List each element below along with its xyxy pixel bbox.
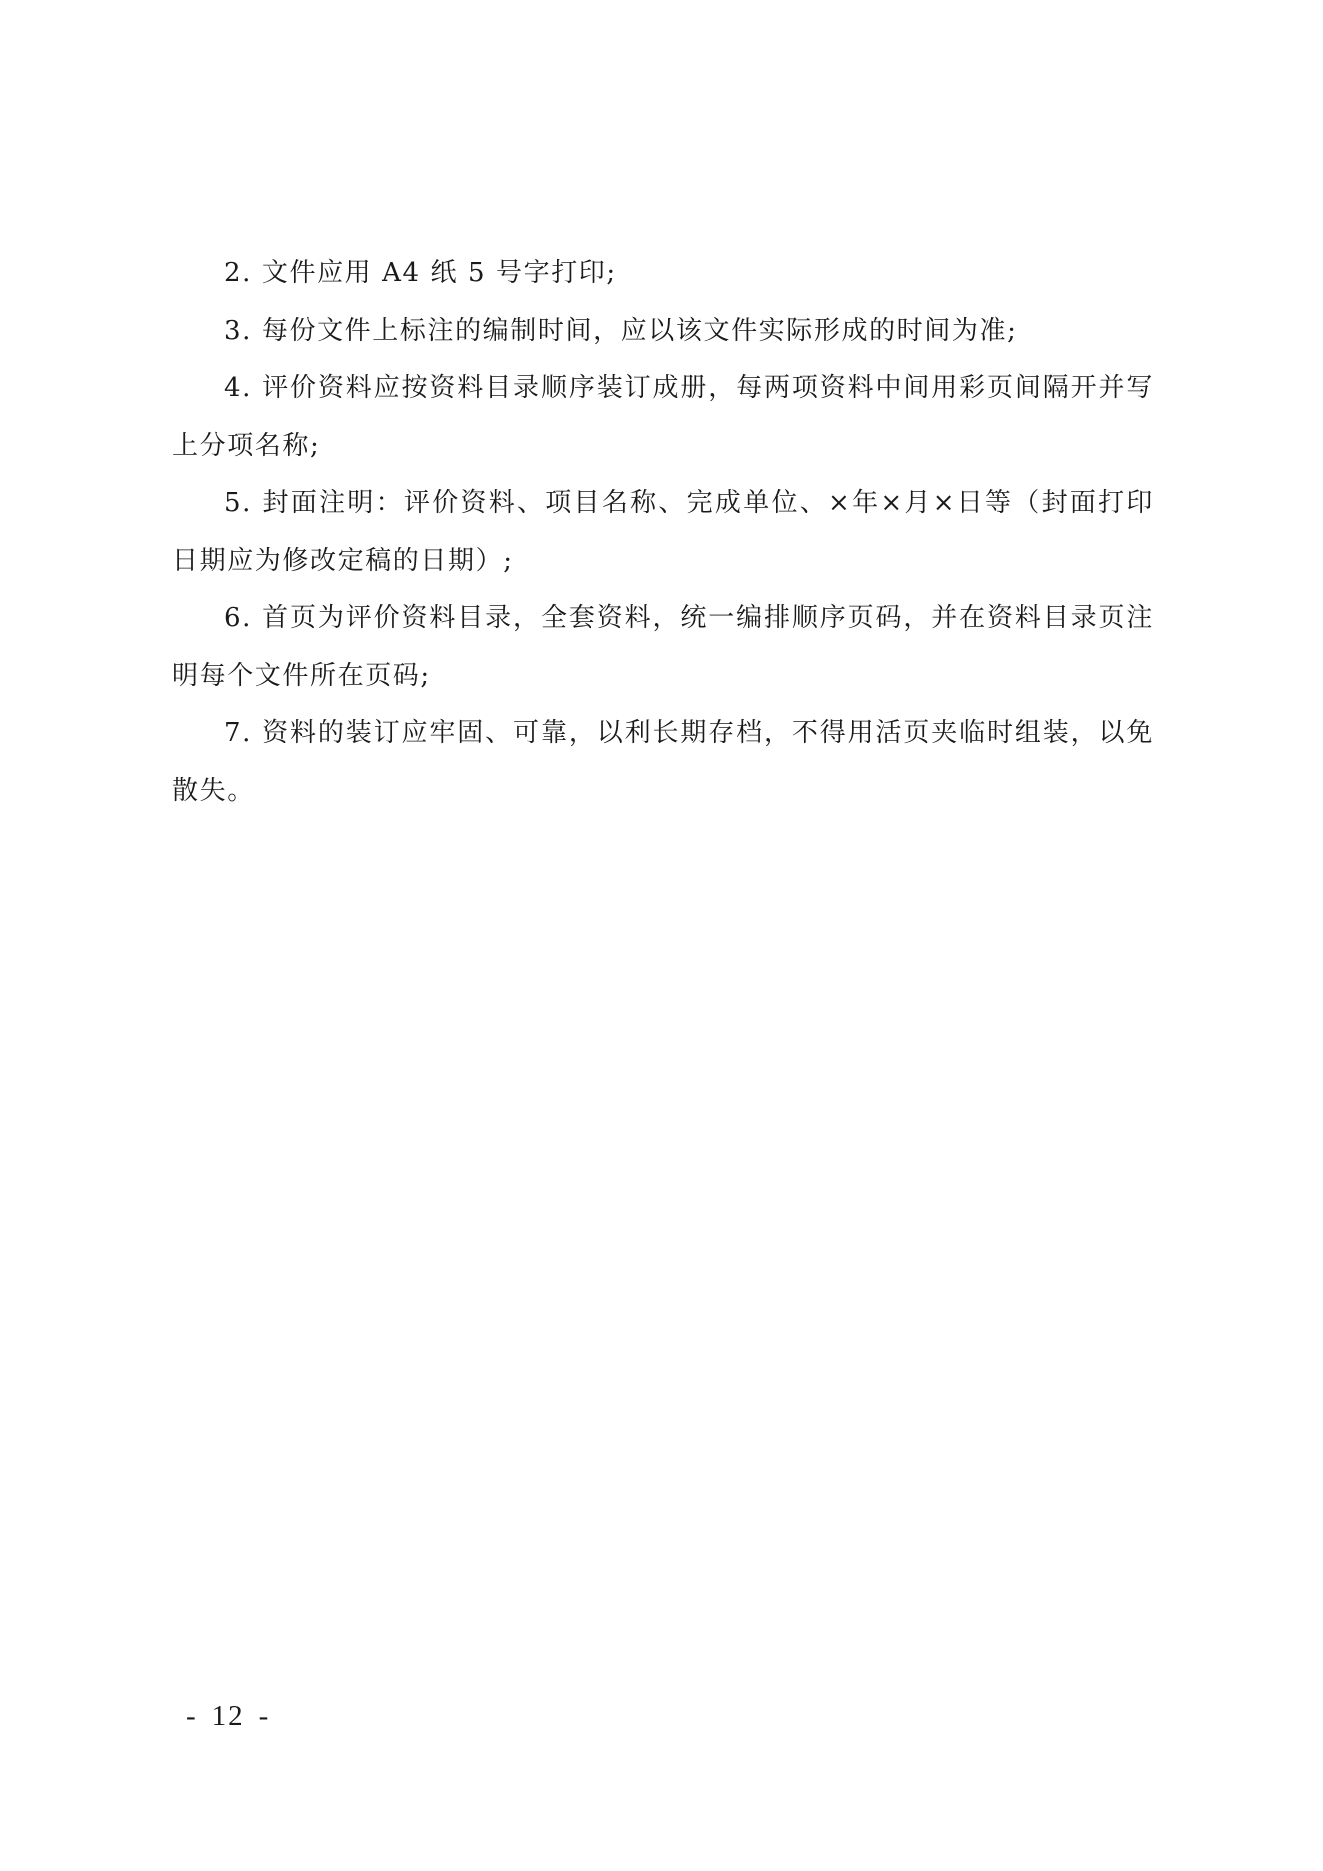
page-number-value: 12 [212, 1700, 245, 1732]
paragraph-item-3: 3. 每份文件上标注的编制时间，应以该文件实际形成的时间为准; [172, 303, 1154, 361]
document-page: 2. 文件应用 A4 纸 5 号字打印; 3. 每份文件上标注的编制时间，应以该… [0, 0, 1323, 1871]
paragraph-item-4: 4. 评价资料应按资料目录顺序装订成册，每两项资料中间用彩页间隔开并写上分项名称… [172, 360, 1154, 475]
page-number: -12- [172, 1700, 284, 1733]
document-body: 2. 文件应用 A4 纸 5 号字打印; 3. 每份文件上标注的编制时间，应以该… [172, 245, 1154, 820]
paragraph-item-7: 7. 资料的装订应牢固、可靠，以利长期存档，不得用活页夹临时组装，以免散失。 [172, 705, 1154, 820]
page-number-left-dash: - [186, 1700, 198, 1733]
page-number-right-dash: - [259, 1700, 271, 1733]
paragraph-item-2: 2. 文件应用 A4 纸 5 号字打印; [172, 245, 1154, 303]
paragraph-item-6: 6. 首页为评价资料目录，全套资料，统一编排顺序页码，并在资料目录页注明每个文件… [172, 590, 1154, 705]
paragraph-item-5: 5. 封面注明：评价资料、项目名称、完成单位、×年×月×日等（封面打印日期应为修… [172, 475, 1154, 590]
